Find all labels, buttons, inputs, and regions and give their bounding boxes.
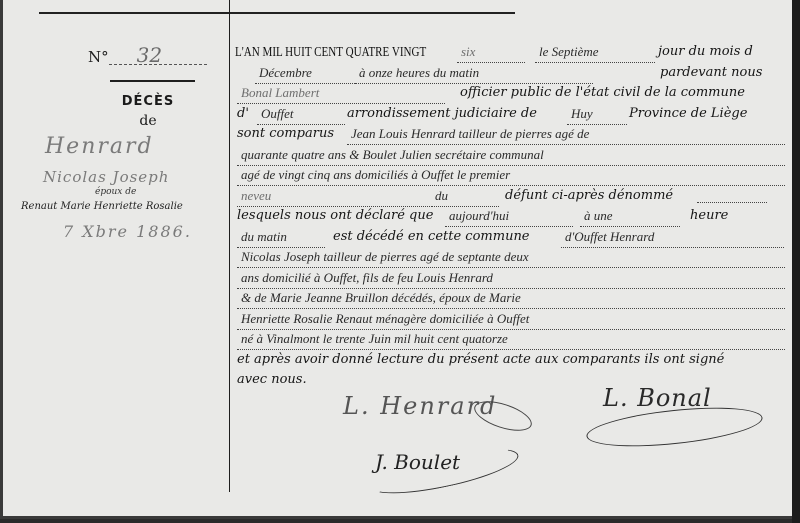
- column-divider: [229, 0, 230, 492]
- handwritten-text: Bonal Lambert: [237, 83, 445, 104]
- handwritten-text: agé de vingt cinq ans domiciliés à Ouffe…: [237, 165, 785, 186]
- printed-text: heure: [690, 206, 728, 226]
- record-title: DÉCÈS: [63, 94, 233, 109]
- body-line: lesquels nous ont déclaré que aujourd'hu…: [235, 206, 783, 227]
- body-line: sont comparus Jean Louis Henrard tailleu…: [235, 124, 783, 145]
- handwritten-text: Henriette Rosalie Renaut ménagère domici…: [237, 309, 785, 330]
- spouse-prefix: époux de: [95, 187, 136, 197]
- printed-text: officier public de l'état civil de la co…: [460, 83, 745, 103]
- deceased-given-names: Nicolas Joseph: [43, 168, 169, 186]
- handwritten-text: aujourd'hui: [445, 206, 573, 227]
- body-line: d' Ouffet arrondissement judiciaire de H…: [235, 104, 783, 125]
- printed-text: L'AN MIL HUIT CENT QUATRE VINGT: [235, 42, 426, 62]
- handwritten-text: du: [431, 186, 499, 207]
- printed-text: sont comparus: [237, 124, 334, 144]
- handwritten-text: Nicolas Joseph tailleur de pierres agé d…: [237, 247, 785, 268]
- record-date: 7 Xbre 1886.: [63, 222, 192, 241]
- printed-text: d': [237, 104, 249, 124]
- handwritten-text: Ouffet: [257, 104, 345, 125]
- printed-text: défunt ci-après dénommé: [505, 186, 673, 206]
- handwritten-text: à onze heures du matin: [355, 63, 593, 84]
- handwritten-text: Huy: [567, 104, 627, 125]
- body-line: Décembre à onze heures du matin pardevan…: [235, 63, 783, 84]
- body-line: & de Marie Jeanne Bruillon décédés, épou…: [235, 288, 783, 309]
- spouse-name: Renaut Marie Henriette Rosalie: [21, 201, 183, 212]
- handwritten-text: d'Ouffet Henrard: [561, 227, 784, 248]
- signature-flourish: [366, 440, 521, 503]
- signature-flourish: [471, 395, 535, 436]
- printed-text: est décédé en cette commune: [333, 227, 530, 247]
- top-rule: [39, 12, 515, 14]
- handwritten-text: du matin: [237, 227, 325, 248]
- body-line: né à Vinalmont le trente Juin mil huit c…: [235, 329, 783, 350]
- handwritten-text: le Septième: [535, 42, 655, 63]
- handwritten-text: six: [457, 42, 525, 63]
- body-line: quarante quatre ans & Boulet Julien secr…: [235, 145, 783, 166]
- body-line: Bonal Lambert officier public de l'état …: [235, 83, 783, 104]
- handwritten-text: à une: [580, 206, 680, 227]
- body-line: Nicolas Joseph tailleur de pierres agé d…: [235, 247, 783, 268]
- handwritten-text: neveu: [237, 186, 430, 207]
- body-line: et après avoir donné lecture du présent …: [235, 350, 783, 371]
- printed-text: Province de Liège: [629, 104, 747, 124]
- handwritten-text: ans domicilié à Ouffet, fils de feu Loui…: [237, 268, 785, 289]
- body-line: ans domicilié à Ouffet, fils de feu Loui…: [235, 268, 783, 289]
- handwritten-text: Décembre: [255, 63, 355, 84]
- body-line: du matin est décédé en cette commune d'O…: [235, 227, 783, 248]
- printed-text: avec nous.: [237, 370, 307, 390]
- body-line: Henriette Rosalie Renaut ménagère domici…: [235, 309, 783, 330]
- handwritten-text: Jean Louis Henrard tailleur de pierres a…: [347, 124, 785, 145]
- printed-text: arrondissement judiciaire de: [347, 104, 537, 124]
- scan-edge: [792, 0, 800, 523]
- record-body: L'AN MIL HUIT CENT QUATRE VINGT six le S…: [235, 42, 783, 391]
- number-value: 32: [109, 46, 207, 65]
- number-label: N°: [88, 48, 109, 66]
- printed-text: et après avoir donné lecture du présent …: [237, 350, 724, 370]
- record-title-de: de: [63, 113, 233, 129]
- printed-text: pardevant nous: [660, 63, 762, 83]
- body-line: agé de vingt cinq ans domiciliés à Ouffe…: [235, 165, 783, 186]
- printed-text: jour du mois d: [658, 42, 753, 62]
- printed-text: lesquels nous ont déclaré que: [237, 206, 433, 226]
- handwritten-text: & de Marie Jeanne Bruillon décédés, épou…: [237, 288, 785, 309]
- deceased-surname: Henrard: [45, 134, 154, 159]
- record-number: N°32: [88, 46, 207, 66]
- title-rule: [110, 80, 195, 82]
- handwritten-text: né à Vinalmont le trente Juin mil huit c…: [237, 329, 785, 350]
- blank-fill-line: [697, 190, 767, 203]
- handwritten-text: quarante quatre ans & Boulet Julien secr…: [237, 145, 785, 166]
- body-line: L'AN MIL HUIT CENT QUATRE VINGT six le S…: [235, 42, 783, 63]
- document-page: N°32 DÉCÈS de Henrard Nicolas Joseph épo…: [0, 0, 792, 519]
- body-line: neveu du défunt ci-après dénommé: [235, 186, 783, 207]
